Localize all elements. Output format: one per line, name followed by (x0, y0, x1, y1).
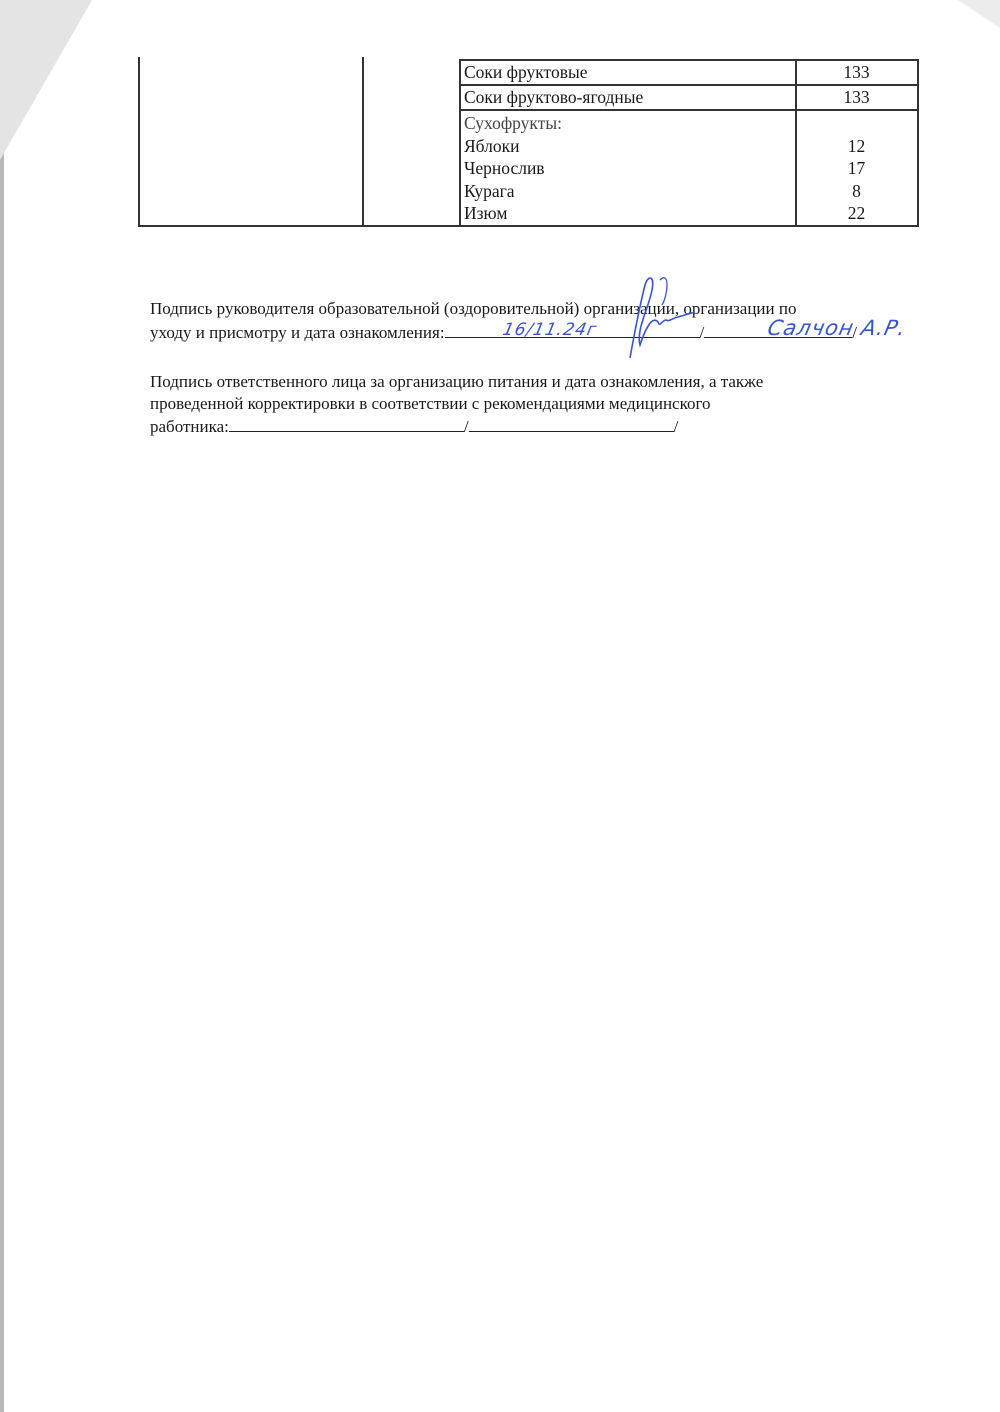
table-cell-value: 133 (796, 62, 917, 82)
separator: / (674, 417, 679, 436)
table-cell-value: 17 (796, 158, 917, 178)
handwritten-date: 16/11.24г (501, 320, 599, 340)
scan-edge (0, 0, 4, 1412)
responsible-signature-label: работника: (150, 417, 229, 436)
table-border-bottom (138, 225, 919, 227)
handwritten-name: Салчон А.Р. (765, 316, 908, 340)
table-cell-value: 133 (796, 87, 917, 107)
responsible-signature-text-1: Подпись ответственного лица за организац… (150, 371, 940, 392)
table-group-heading: Сухофрукты: (464, 113, 562, 133)
table-border-left (138, 57, 140, 227)
table-cell-name: Изюм (464, 203, 507, 223)
table-cell-value: 8 (796, 181, 917, 201)
table-cell-name: Яблоки (464, 136, 520, 156)
responsible-signature-text-2: проведенной корректировки в соответствии… (150, 393, 940, 414)
handwritten-signature (600, 270, 710, 365)
table-cell-name: Чернослив (464, 158, 545, 178)
responsible-signature-line3: работника:// (150, 415, 940, 437)
table-cell-value: 12 (796, 136, 917, 156)
folded-corner-right (958, 0, 1000, 28)
table-row-line (459, 59, 919, 61)
table-cell-name: Соки фруктово-ягодные (464, 87, 643, 107)
name-field (469, 415, 674, 432)
table-cell-name: Соки фруктовые (464, 62, 588, 82)
folded-corner-left (0, 0, 92, 160)
table-row-line (459, 84, 919, 86)
table-cell-name: Курага (464, 181, 515, 201)
signature-field (229, 415, 464, 432)
table-row-line (459, 109, 919, 111)
table-cell-value: 22 (796, 203, 917, 223)
head-signature-label: уходу и присмотру и дата ознакомления: (150, 323, 445, 342)
table-divider (362, 57, 364, 227)
